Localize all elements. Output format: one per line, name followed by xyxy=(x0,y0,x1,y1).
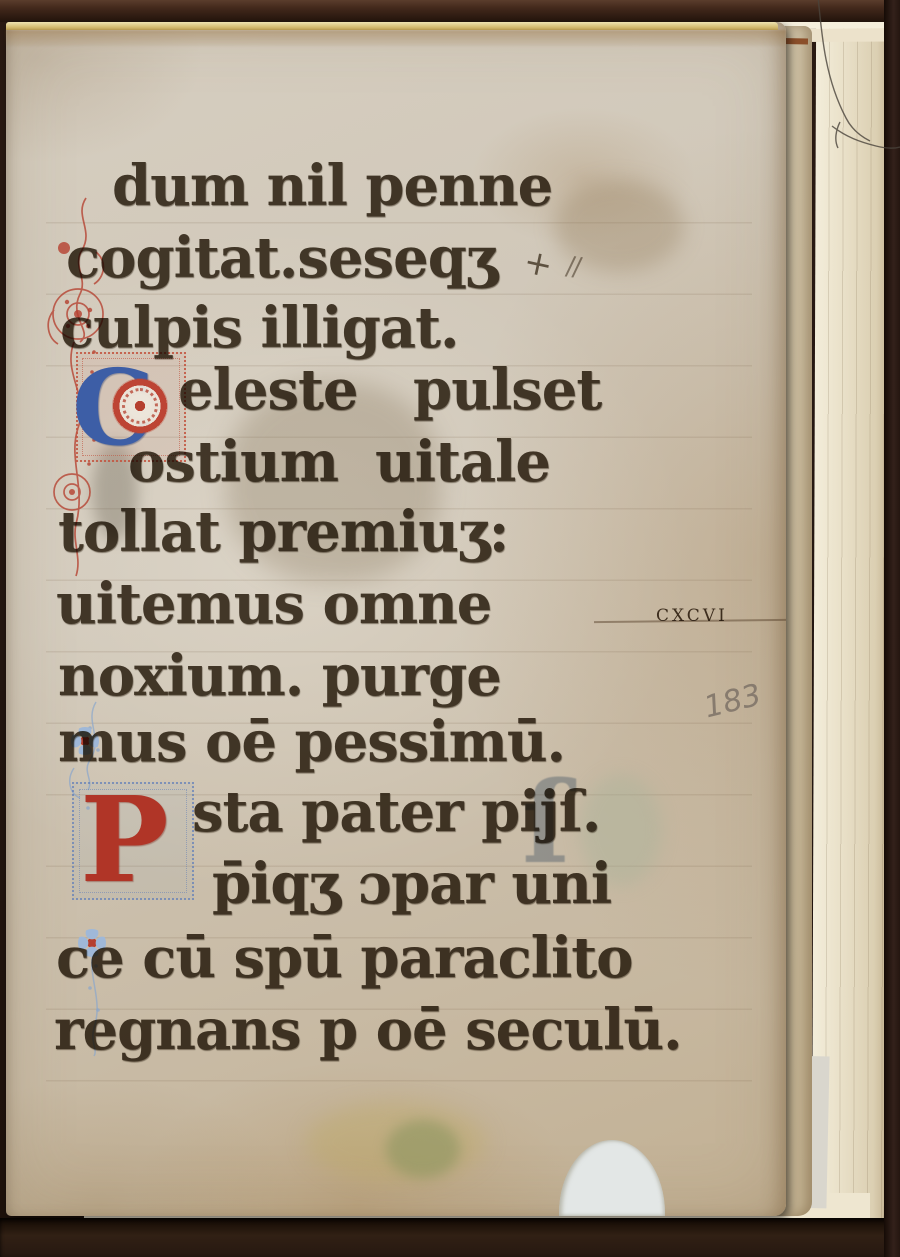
text-line-4: eleste pulset xyxy=(178,362,601,418)
text-line-10: sta pater pijſ. xyxy=(192,784,600,840)
rubric-initial-p: P xyxy=(80,770,169,909)
text-line-1: dum nil penne xyxy=(112,158,552,214)
text-line-9: mus oē pessimū. xyxy=(58,714,565,770)
top-edge-stain xyxy=(6,30,786,46)
folio-number-roman: CXCVI xyxy=(656,606,728,626)
leather-binding-right xyxy=(884,0,900,1257)
rosette-medallion-icon xyxy=(112,378,168,434)
text-line-13: regnans p oē seculū. xyxy=(54,1002,682,1058)
text-line-11: p̄iqʒ ɔpar uni xyxy=(212,856,611,912)
text-line-5: ostium uitale xyxy=(128,434,550,490)
parchment-leaf: C P ſ dum nil penne cogitat.seseqʒ culpi… xyxy=(6,22,786,1216)
leather-binding-top xyxy=(0,0,900,22)
green-stain xyxy=(386,1120,460,1178)
gilt-top-edge xyxy=(6,22,778,30)
text-line-12: ce cū spū paraclito xyxy=(56,930,633,986)
text-line-2: cogitat.seseqʒ xyxy=(66,230,497,286)
leather-binding-bottom xyxy=(0,1218,900,1257)
text-line-8: noxium. purge xyxy=(58,648,501,704)
illuminated-initial-frame-p: P xyxy=(72,782,194,900)
hair-fiber xyxy=(780,0,900,170)
text-line-7: uitemus omne xyxy=(56,576,491,632)
repair-patch xyxy=(559,1140,665,1216)
text-line-3: culpis illigat. xyxy=(60,300,458,356)
manuscript-photo: C P ſ dum nil penne cogitat.seseqʒ culpi… xyxy=(0,0,900,1257)
text-line-6: tollat premiuʒ: xyxy=(58,504,508,560)
